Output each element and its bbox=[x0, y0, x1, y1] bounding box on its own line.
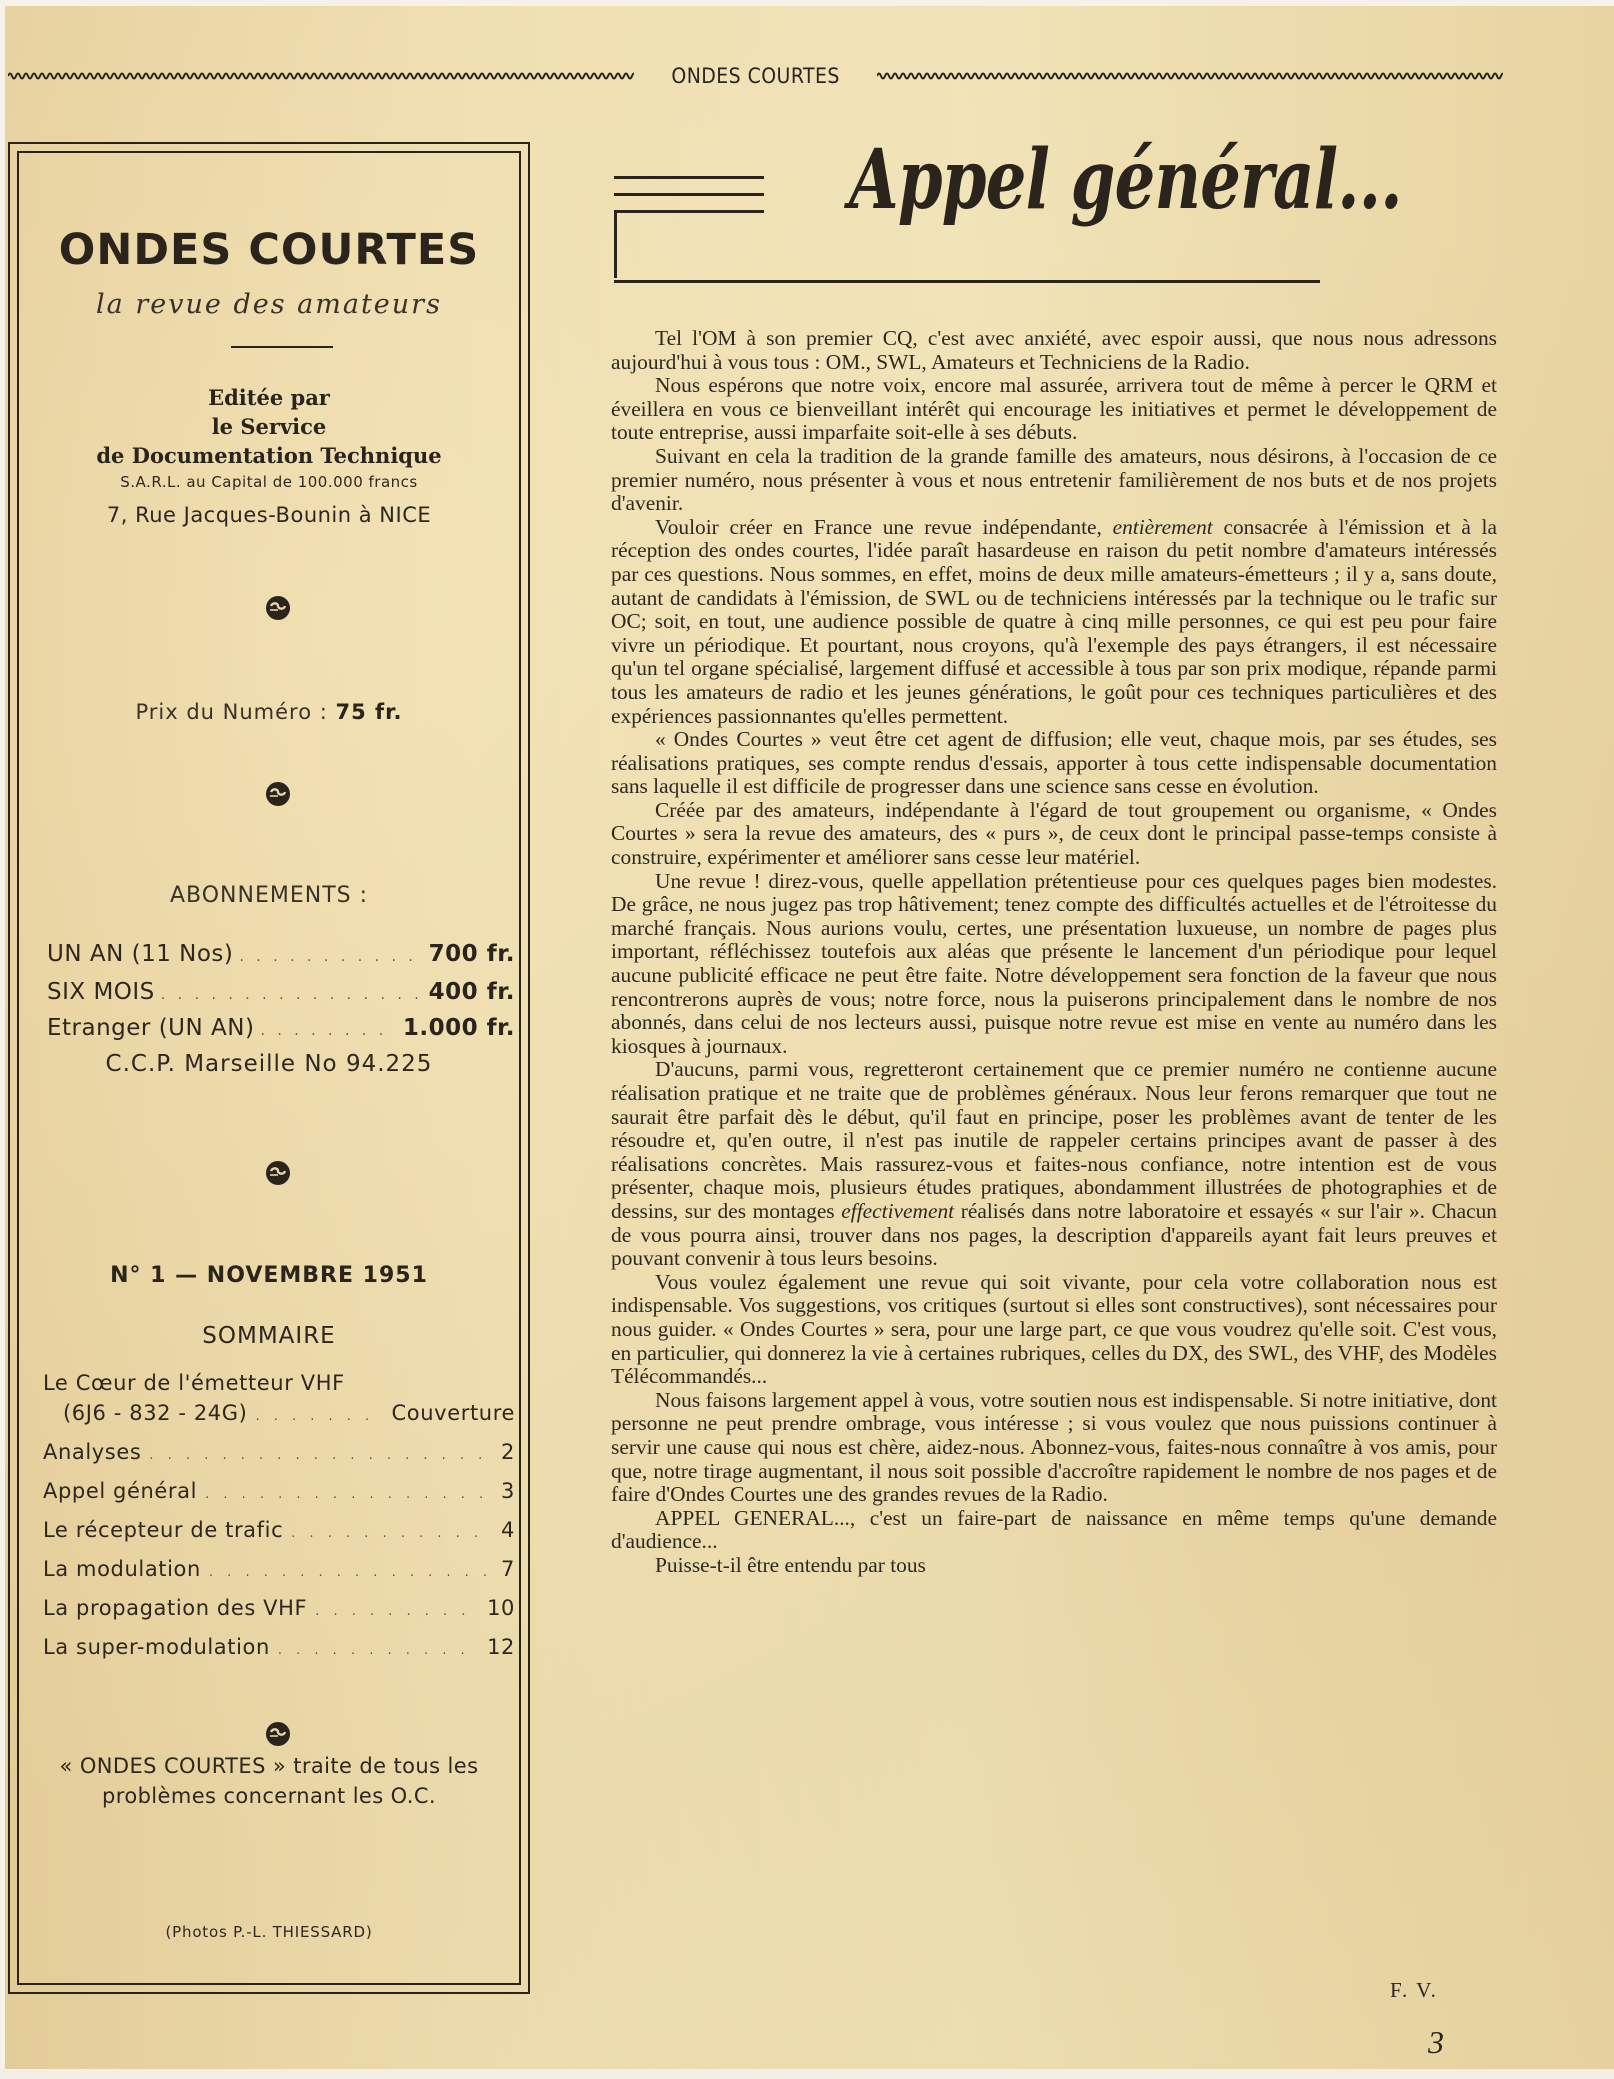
photo-credits: (Photos P.-L. THIESSARD) bbox=[19, 1923, 519, 1941]
article-body: Tel l'OM à son premier CQ, c'est avec an… bbox=[611, 327, 1497, 1577]
toc-entry-label: Analyses bbox=[43, 1440, 141, 1464]
wave-rule-left bbox=[8, 69, 634, 83]
page-edge bbox=[0, 2069, 1614, 2079]
subscription-price: 700 fr. bbox=[429, 941, 515, 967]
subscription-price: 400 fr. bbox=[429, 979, 515, 1005]
subscription-price: 1.000 fr. bbox=[403, 1015, 515, 1041]
toc-entry-page: Couverture bbox=[392, 1401, 515, 1425]
article-paragraph: Nous faisons largement appel à vous, vot… bbox=[611, 1389, 1497, 1507]
price-label: Prix du Numéro : bbox=[135, 700, 327, 724]
radio-logo-icon bbox=[264, 780, 292, 808]
toc-entry-title: Le Cœur de l'émetteur VHF bbox=[43, 1371, 515, 1395]
brand-subtitle: la revue des amateurs bbox=[19, 289, 519, 320]
leader-dots: . . . . . . . . . . . . . . . . . . . . … bbox=[209, 1565, 493, 1580]
publisher-line: de Documentation Technique bbox=[19, 443, 519, 468]
toc-entry-label: Appel général bbox=[43, 1479, 197, 1503]
running-header: ONDES COURTES bbox=[8, 58, 1503, 94]
toc-title: SOMMAIRE bbox=[19, 1323, 519, 1349]
subscription-row: Etranger (UN AN) . . . . . . . . . . . .… bbox=[47, 1015, 515, 1041]
radio-logo-icon bbox=[264, 1159, 292, 1187]
subscription-label: Etranger (UN AN) bbox=[47, 1015, 254, 1041]
subscription-row: UN AN (11 Nos) . . . . . . . . . . . . .… bbox=[47, 941, 515, 967]
article-paragraph: « Ondes Courtes » veut être cet agent de… bbox=[611, 728, 1497, 799]
toc-entry[interactable]: Appel général . . . . . . . . . . . . . … bbox=[43, 1479, 515, 1503]
subscription-label: SIX MOIS bbox=[47, 979, 155, 1005]
heading-underline bbox=[614, 280, 1320, 283]
article-paragraph: APPEL GENERAL..., c'est un faire-part de… bbox=[611, 1507, 1497, 1554]
toc-entry-label: La propagation des VHF bbox=[43, 1596, 307, 1620]
article-paragraph: Vouloir créer en France une revue indépe… bbox=[611, 516, 1497, 728]
page-number: 3 bbox=[1428, 2024, 1444, 2061]
toc-entry[interactable]: La propagation des VHF . . . . . . . . .… bbox=[43, 1596, 515, 1620]
leader-dots: . . . . . . . . . . . . . . . . . . . . … bbox=[205, 1487, 493, 1502]
toc-entry[interactable]: Analyses . . . . . . . . . . . . . . . .… bbox=[43, 1440, 515, 1464]
publisher-line: Editée par bbox=[19, 385, 519, 410]
leader-dots: . . . . . . . . . . . . . . . . . . . . … bbox=[260, 1023, 396, 1039]
brand-title: ONDES COURTES bbox=[19, 225, 519, 275]
article-paragraph: Vous voulez également une revue qui soit… bbox=[611, 1271, 1497, 1389]
page-edge bbox=[0, 0, 1614, 6]
toc-entry-label: La super-modulation bbox=[43, 1635, 270, 1659]
postal-account: C.C.P. Marseille No 94.225 bbox=[19, 1051, 519, 1077]
subscription-label: UN AN (11 Nos) bbox=[47, 941, 233, 967]
heading-frame bbox=[614, 210, 617, 278]
leader-dots: . . . . . . . . . . . . . . . . . . . . … bbox=[278, 1643, 479, 1658]
leader-dots: . . . . . . . . . . . . . . . . . . . . … bbox=[291, 1526, 493, 1541]
leader-dots: . . . . . . . . . . . . . . . . . . . . … bbox=[255, 1409, 383, 1424]
radio-logo-icon bbox=[264, 1720, 292, 1748]
article-paragraph: D'aucuns, parmi vous, regretteront certa… bbox=[611, 1058, 1497, 1270]
leader-dots: . . . . . . . . . . . . . . . . . . . . … bbox=[315, 1604, 479, 1619]
leader-dots: . . . . . . . . . . . . . . . . . . . . … bbox=[239, 949, 422, 965]
article-paragraph: Créée par des amateurs, indépendante à l… bbox=[611, 799, 1497, 870]
masthead-inner: ONDES COURTES la revue des amateurs Edit… bbox=[17, 151, 521, 1985]
leader-dots: . . . . . . . . . . . . . . . . . . . . … bbox=[149, 1448, 493, 1463]
toc-entry[interactable]: La super-modulation . . . . . . . . . . … bbox=[43, 1635, 515, 1659]
toc-entry-page: 3 bbox=[501, 1479, 515, 1503]
toc-entry[interactable]: Le récepteur de trafic . . . . . . . . .… bbox=[43, 1518, 515, 1542]
toc-entry-label: Le récepteur de trafic bbox=[43, 1518, 283, 1542]
toc-entry-page: 4 bbox=[501, 1518, 515, 1542]
masthead-note: « ONDES COURTES » traite de tous les pro… bbox=[39, 1751, 499, 1811]
toc-entry-page: 2 bbox=[501, 1440, 515, 1464]
article-paragraph: Tel l'OM à son premier CQ, c'est avec an… bbox=[611, 327, 1497, 374]
article-paragraph: Une revue ! direz-vous, quelle appellati… bbox=[611, 870, 1497, 1059]
radio-logo-icon bbox=[264, 594, 292, 622]
toc-entry-page: 12 bbox=[487, 1635, 515, 1659]
toc-entry-page: 10 bbox=[487, 1596, 515, 1620]
author-signature: F. V. bbox=[1390, 1978, 1438, 2003]
page-edge bbox=[0, 0, 5, 2079]
price-value: 75 fr. bbox=[336, 700, 403, 724]
toc-entry-page: 7 bbox=[501, 1557, 515, 1581]
toc-entry[interactable]: (6J6 - 832 - 24G) . . . . . . . . . . . … bbox=[63, 1401, 515, 1425]
publisher-line: le Service bbox=[19, 414, 519, 439]
subscriptions-title: ABONNEMENTS : bbox=[19, 883, 519, 908]
article-paragraph: Puisse-t-il être entendu par tous bbox=[611, 1554, 1497, 1578]
issue-number: N° 1 — NOVEMBRE 1951 bbox=[19, 1263, 519, 1288]
article-heading: Appel général... bbox=[614, 130, 1534, 290]
leader-dots: . . . . . . . . . . . . . . . . . . . . … bbox=[161, 987, 423, 1003]
publisher-address: 7, Rue Jacques-Bounin à NICE bbox=[19, 503, 519, 527]
article-paragraph: Nous espérons que notre voix, encore mal… bbox=[611, 374, 1497, 445]
issue-price: Prix du Numéro : 75 fr. bbox=[19, 700, 519, 724]
article-paragraph: Suivant en cela la tradition de la grand… bbox=[611, 445, 1497, 516]
article-title: Appel général... bbox=[849, 132, 1402, 228]
toc-entry[interactable]: La modulation . . . . . . . . . . . . . … bbox=[43, 1557, 515, 1581]
company-capital: S.A.R.L. au Capital de 100.000 francs bbox=[19, 473, 519, 491]
toc-entry-label: (6J6 - 832 - 24G) bbox=[63, 1401, 247, 1425]
toc-entry-label: La modulation bbox=[43, 1557, 201, 1581]
heading-rules bbox=[614, 176, 766, 227]
wave-rule-right bbox=[877, 69, 1503, 83]
masthead-box: ONDES COURTES la revue des amateurs Edit… bbox=[8, 142, 530, 1994]
divider bbox=[231, 346, 333, 348]
running-header-title: ONDES COURTES bbox=[646, 64, 865, 88]
subscription-row: SIX MOIS . . . . . . . . . . . . . . . .… bbox=[47, 979, 515, 1005]
